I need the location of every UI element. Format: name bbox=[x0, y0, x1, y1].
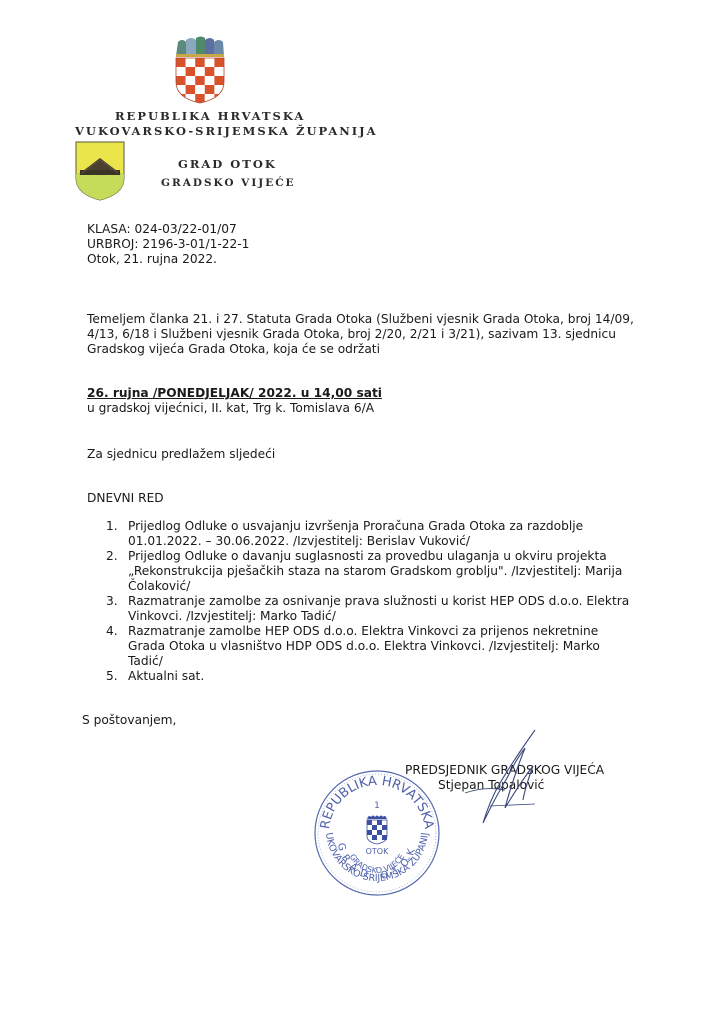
stamp-inner-line1: OTOK bbox=[366, 847, 389, 856]
agenda-item-number: 5. bbox=[106, 669, 118, 684]
otok-coat-of-arms-icon bbox=[74, 140, 126, 202]
agenda-item: 4.Razmatranje zamolbe HEP ODS d.o.o. Ele… bbox=[106, 624, 638, 669]
stamp-number: 1 bbox=[374, 801, 380, 811]
meeting-location: u gradskoj vijećnici, II. kat, Trg k. To… bbox=[87, 401, 374, 416]
country-name: REPUBLIKA HRVATSKA bbox=[115, 109, 305, 123]
klasa: KLASA: 024-03/22-01/07 bbox=[87, 222, 237, 237]
national-crest bbox=[172, 36, 228, 104]
agenda-item-number: 4. bbox=[106, 624, 118, 639]
agenda-item-number: 1. bbox=[106, 519, 118, 534]
agenda-item-text: Prijedlog Odluke o davanju suglasnosti z… bbox=[128, 549, 622, 593]
handwritten-signature bbox=[445, 728, 545, 838]
stamp-crest bbox=[367, 816, 387, 845]
proposal-line: Za sjednicu predlažem sljedeći bbox=[87, 447, 275, 462]
croatian-coat-of-arms-icon bbox=[172, 36, 228, 104]
county-name: VUKOVARSKO-SRIJEMSKA ŽUPANIJA bbox=[75, 124, 378, 138]
agenda-item-text: Aktualni sat. bbox=[128, 669, 204, 683]
agenda-item: 3.Razmatranje zamolbe za osnivanje prava… bbox=[106, 594, 638, 624]
agenda-list: 1.Prijedlog Odluke o usvajanju izvršenja… bbox=[106, 519, 638, 684]
agenda-item-number: 3. bbox=[106, 594, 118, 609]
meeting-datetime: 26. rujna /PONEDJELJAK/ 2022. u 14,00 sa… bbox=[87, 386, 382, 400]
closing: S poštovanjem, bbox=[82, 713, 176, 728]
place-date: Otok, 21. rujna 2022. bbox=[87, 252, 217, 267]
agenda-item-text: Prijedlog Odluke o usvajanju izvršenja P… bbox=[128, 519, 583, 548]
city-name: GRAD OTOK bbox=[178, 157, 277, 171]
agenda-item: 1.Prijedlog Odluke o usvajanju izvršenja… bbox=[106, 519, 638, 549]
agenda-item-text: Razmatranje zamolbe za osnivanje prava s… bbox=[128, 594, 629, 623]
agenda-item-text: Razmatranje zamolbe HEP ODS d.o.o. Elekt… bbox=[128, 624, 600, 668]
signature-scribble-icon bbox=[445, 728, 545, 838]
city-crest bbox=[74, 140, 126, 202]
agenda-item-number: 2. bbox=[106, 549, 118, 564]
intro-paragraph: Temeljem članka 21. i 27. Statuta Grada … bbox=[87, 312, 637, 357]
official-stamp: REPUBLIKA HRVATSKA VUKOVARSKO-SRIJEMSKA … bbox=[312, 768, 442, 898]
agenda-title: DNEVNI RED bbox=[87, 491, 164, 506]
stamp-seal-icon: REPUBLIKA HRVATSKA VUKOVARSKO-SRIJEMSKA … bbox=[312, 768, 442, 898]
agenda-item: 5.Aktualni sat. bbox=[106, 669, 638, 684]
urbroj: URBROJ: 2196-3-01/1-22-1 bbox=[87, 237, 249, 252]
council-name: GRADSKO VIJEĆE bbox=[161, 177, 296, 189]
agenda-item: 2.Prijedlog Odluke o davanju suglasnosti… bbox=[106, 549, 638, 594]
